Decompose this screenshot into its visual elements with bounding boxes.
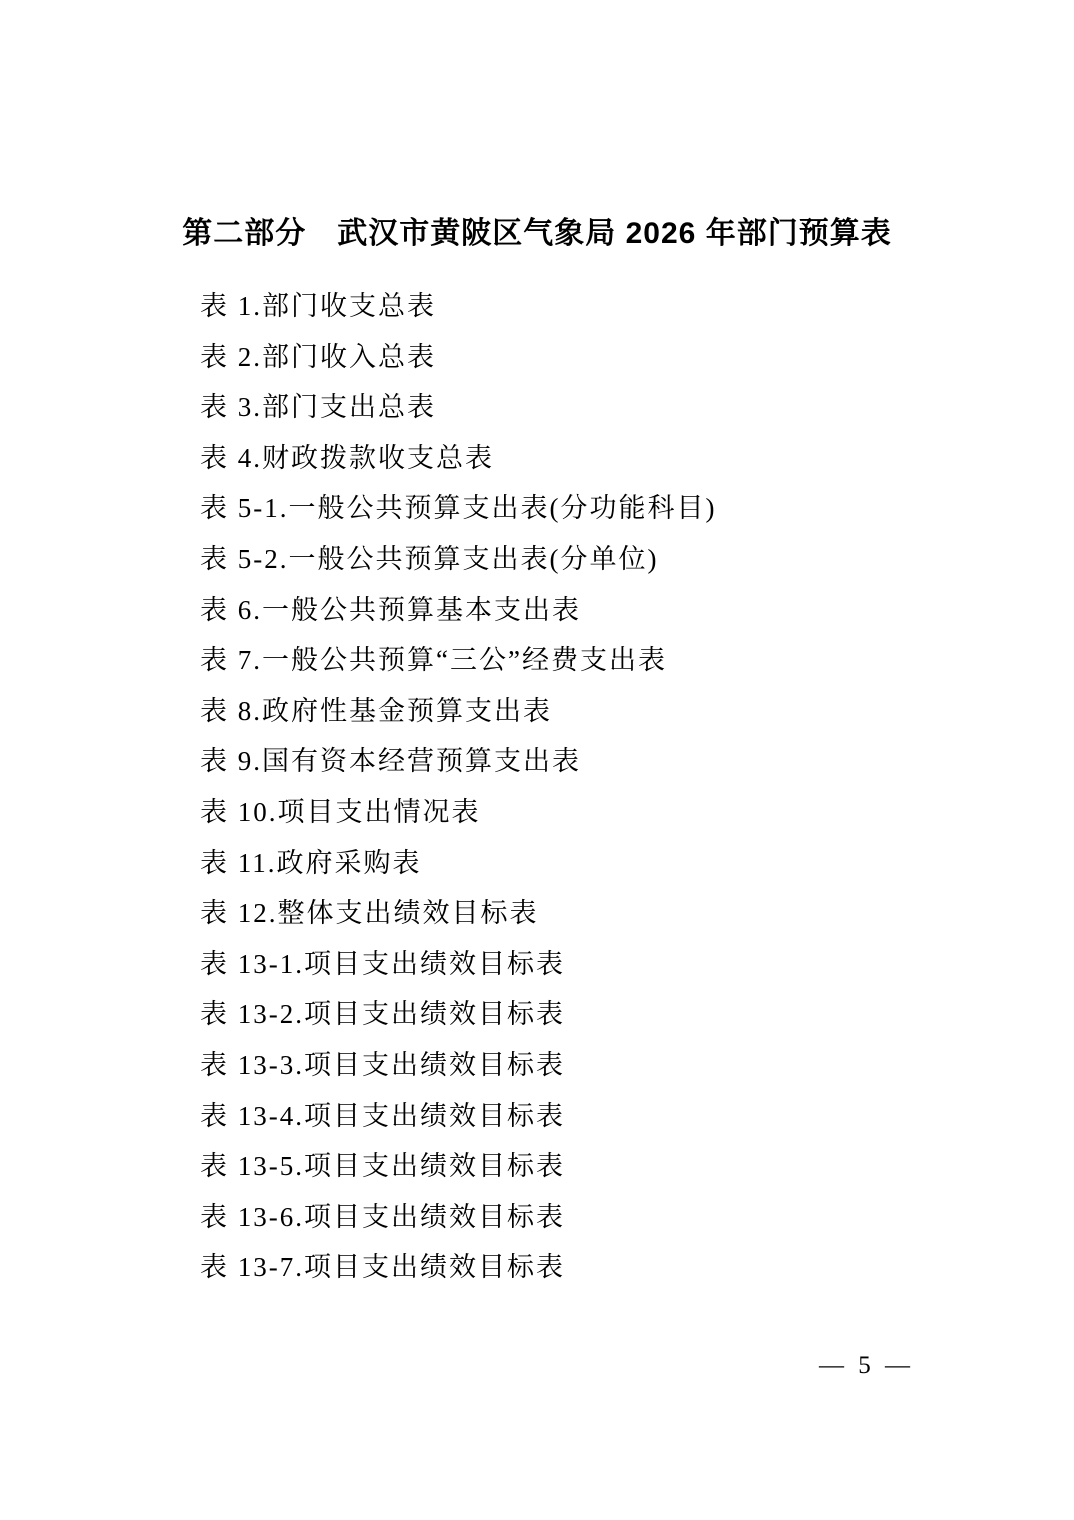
toc-item: 表 11.政府采购表 xyxy=(200,838,716,889)
toc-item: 表 13-6.项目支出绩效目标表 xyxy=(200,1192,716,1243)
toc-item: 表 13-5.项目支出绩效目标表 xyxy=(200,1141,716,1192)
toc-item: 表 4.财政拨款收支总表 xyxy=(200,433,716,484)
page-number: — 5 — xyxy=(819,1352,914,1380)
page-title: 第二部分 武汉市黄陂区气象局 2026 年部门预算表 xyxy=(0,208,1074,252)
document-page: 第二部分 武汉市黄陂区气象局 2026 年部门预算表 表 1.部门收支总表 表 … xyxy=(0,0,1074,1520)
toc-item: 表 13-7.项目支出绩效目标表 xyxy=(200,1242,716,1293)
toc-item: 表 7.一般公共预算“三公”经费支出表 xyxy=(200,635,716,686)
toc-item: 表 8.政府性基金预算支出表 xyxy=(200,686,716,737)
toc-item: 表 9.国有资本经营预算支出表 xyxy=(200,736,716,787)
toc-item: 表 2.部门收入总表 xyxy=(200,332,716,383)
toc-item: 表 13-3.项目支出绩效目标表 xyxy=(200,1040,716,1091)
toc-item: 表 13-4.项目支出绩效目标表 xyxy=(200,1091,716,1142)
toc-item: 表 10.项目支出情况表 xyxy=(200,787,716,838)
toc-item: 表 12.整体支出绩效目标表 xyxy=(200,888,716,939)
toc-item: 表 1.部门收支总表 xyxy=(200,281,716,332)
toc-item: 表 13-2.项目支出绩效目标表 xyxy=(200,989,716,1040)
toc-item: 表 5-1.一般公共预算支出表(分功能科目) xyxy=(200,483,716,534)
toc-item: 表 3.部门支出总表 xyxy=(200,382,716,433)
toc-item: 表 5-2.一般公共预算支出表(分单位) xyxy=(200,534,716,585)
table-of-contents: 表 1.部门收支总表 表 2.部门收入总表 表 3.部门支出总表 表 4.财政拨… xyxy=(200,281,716,1293)
toc-item: 表 13-1.项目支出绩效目标表 xyxy=(200,939,716,990)
toc-item: 表 6.一般公共预算基本支出表 xyxy=(200,585,716,636)
